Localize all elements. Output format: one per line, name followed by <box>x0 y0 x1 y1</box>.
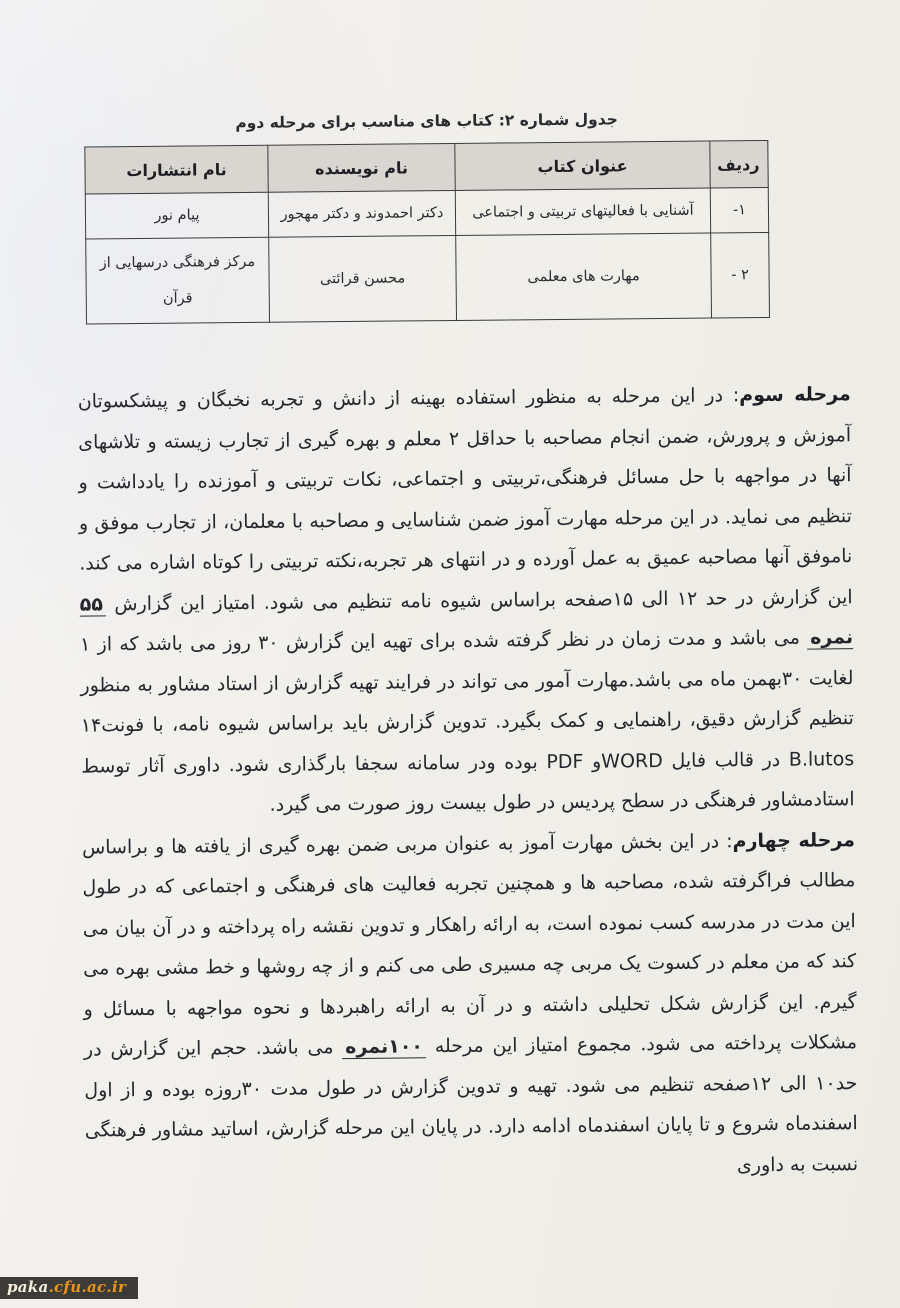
column-header-author: نام نویسنده <box>268 143 455 192</box>
cell-publisher: مرکز فرهنگی درسهایی از قرآن <box>86 237 270 324</box>
table-caption: جدول شماره ۲: کتاب های مناسب برای مرحله … <box>85 109 768 134</box>
cell-row-no: ۱- <box>710 187 768 233</box>
document-content: جدول شماره ۲: کتاب های مناسب برای مرحله … <box>0 108 900 1193</box>
stage4-score: ۱۰۰نمره <box>342 1035 426 1059</box>
watermark-prefix: paka <box>7 1278 49 1296</box>
table-header-row: ردیف عنوان کتاب نام نویسنده نام انتشارات <box>85 140 768 194</box>
site-watermark: paka.cfu.ac.ir <box>0 1277 138 1299</box>
body-text: مرحله سوم: در این مرحله به منظور استفاده… <box>78 374 859 1191</box>
cell-book-title: مهارت های معلمی <box>456 233 712 320</box>
stage4-text-b: می باشد. حجم این گزارش در حد۱۰ الی ۱۲صفح… <box>84 1036 858 1176</box>
stage3-paragraph: مرحله سوم: در این مرحله به منظور استفاده… <box>78 374 855 827</box>
stage4-paragraph: مرحله چهارم: در این بخش مهارت آموز به عن… <box>82 820 858 1192</box>
cell-row-no: ۲ - <box>711 232 770 318</box>
watermark-suffix: .cfu.ac.ir <box>49 1278 127 1296</box>
column-header-row-no: ردیف <box>710 140 768 188</box>
stage3-text-b: می باشد و مدت زمان در نظر گرفته شده برای… <box>80 627 855 816</box>
table-row: ۲ - مهارت های معلمی محسن قرائتی مرکز فره… <box>86 232 770 324</box>
scanned-document-page: جدول شماره ۲: کتاب های مناسب برای مرحله … <box>0 0 900 1308</box>
column-header-book-title: عنوان کتاب <box>455 141 710 190</box>
table-row: ۱- آشنایی با فعالیتهای تربیتی و اجتماعی … <box>85 187 768 239</box>
stage4-text-a: : در این بخش مهارت آموز به عنوان مربی ضم… <box>82 830 857 1057</box>
books-table: ردیف عنوان کتاب نام نویسنده نام انتشارات… <box>84 140 770 325</box>
cell-author: محسن قرائتی <box>269 235 457 322</box>
column-header-publisher: نام انتشارات <box>85 145 268 194</box>
stage3-heading: مرحله سوم <box>739 383 851 406</box>
stage3-text-a: : در این مرحله به منظور استفاده بهینه از… <box>78 384 853 615</box>
cell-book-title: آشنایی با فعالیتهای تربیتی و اجتماعی <box>455 188 710 235</box>
cell-publisher: پیام نور <box>85 192 268 239</box>
stage4-heading: مرحله چهارم <box>733 829 856 852</box>
cell-author: دکتر احمدوند و دکتر مهجور <box>268 190 455 237</box>
